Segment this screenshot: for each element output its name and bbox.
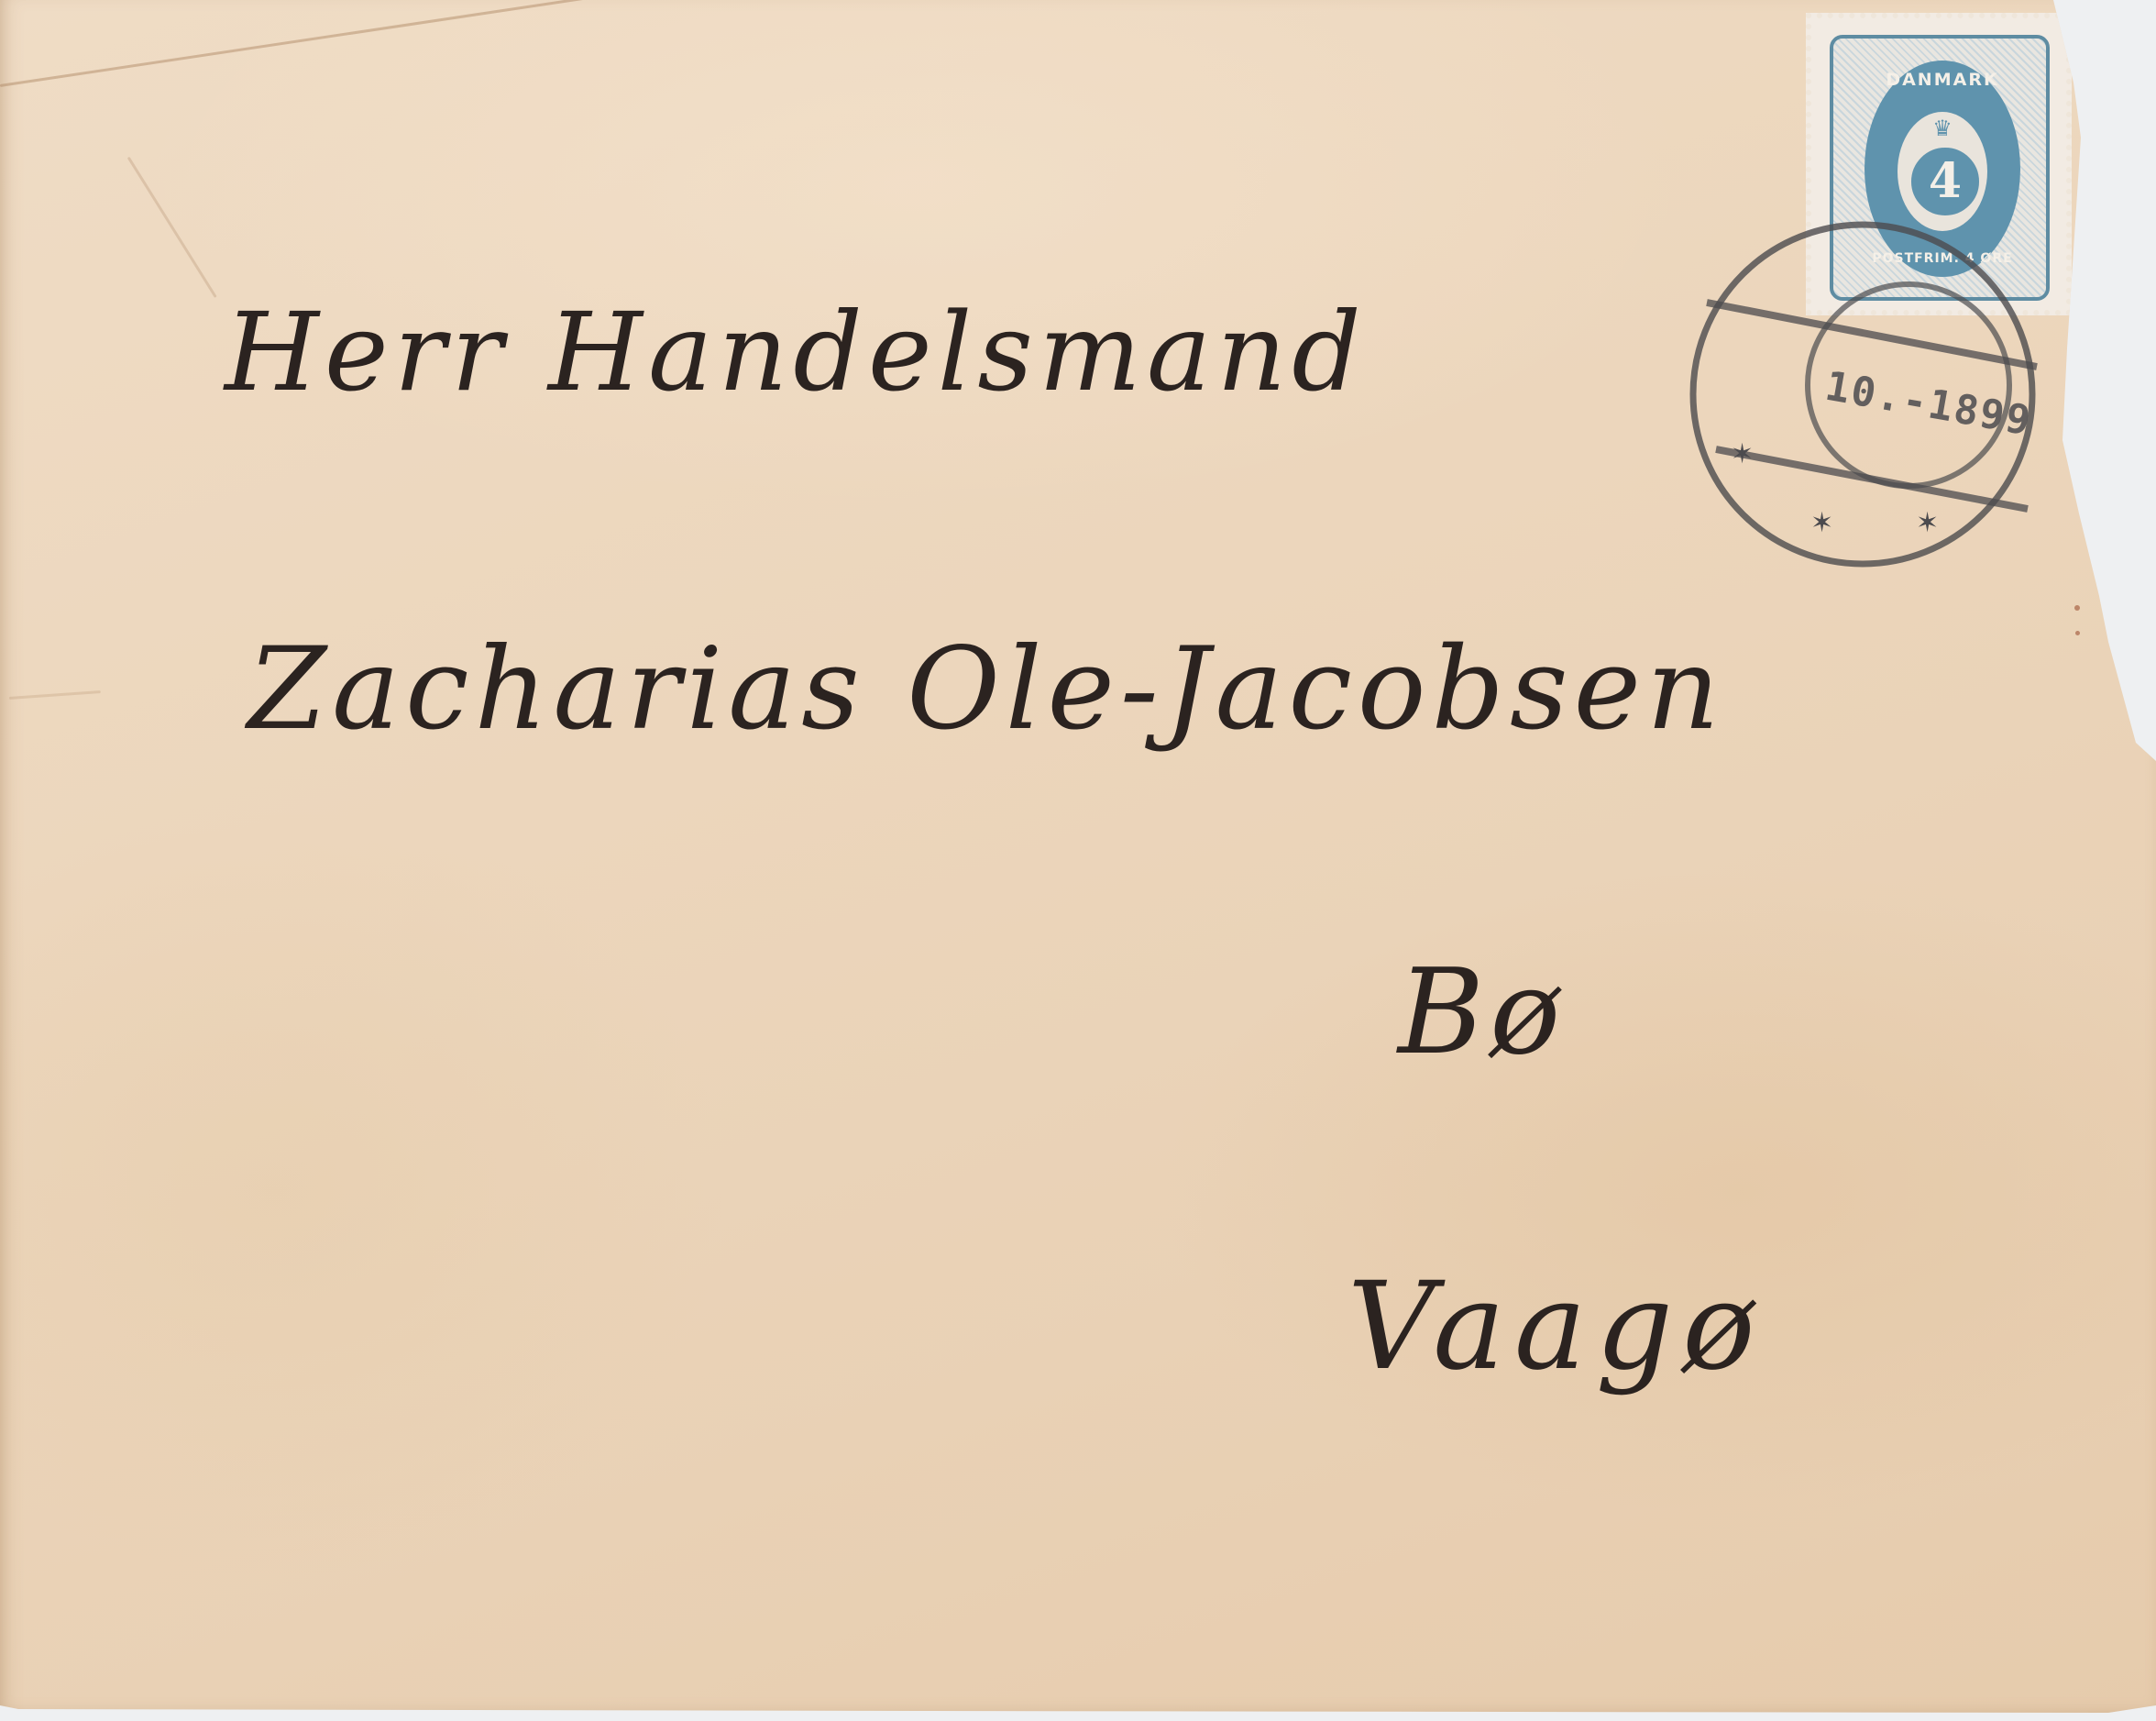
address-salutation: Herr Handelsmand: [225, 289, 1367, 415]
ink-stain: [2074, 605, 2080, 611]
postmark-star: ✶: [1731, 438, 1754, 470]
paper-crease: [0, 0, 653, 87]
paper-crease: [9, 690, 101, 700]
address-locality: Bø: [1398, 944, 1566, 1081]
ink-stain: [2075, 631, 2080, 635]
address-recipient-name: Zacharias Ole-Jacobsen: [247, 623, 1725, 756]
envelope: DANMARK ♛ 4 POSTFRIM. 4 ØRE 10.-1899 ✶ ✶…: [0, 0, 2156, 1721]
postmark-star: ✶: [1810, 507, 1833, 539]
postmark-star: ✶: [1916, 507, 1939, 539]
crown-icon: ♛: [1929, 117, 1956, 139]
stamp-country: DANMARK: [1864, 70, 2020, 90]
paper-crease: [127, 157, 217, 298]
address-island: Vaagø: [1347, 1256, 1765, 1397]
